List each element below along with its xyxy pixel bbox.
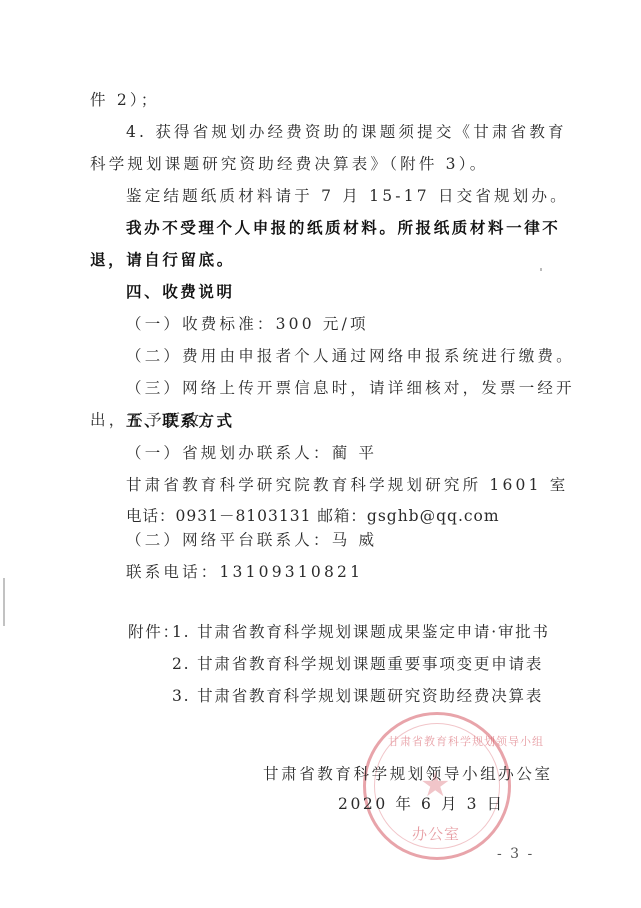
attachment-item-2: 2. 甘肃省教育科学规划课题重要事项变更申请表 xyxy=(172,654,543,674)
contact2-label: （二）网络平台联系人：马 威 xyxy=(126,530,377,550)
section5-heading: 五、联系方式 xyxy=(126,411,235,431)
fee-item-1: （一）收费标准：300 元/项 xyxy=(126,314,369,334)
scan-speck xyxy=(540,268,542,271)
contact2-phone: 联系电话：13109310821 xyxy=(126,562,363,582)
item4-line1: 4. 获得省规划办经费资助的课题须提交《甘肃省教育 xyxy=(126,122,567,142)
bold-notice-line1: 我办不受理个人申报的纸质材料。所报纸质材料一律不 xyxy=(126,218,560,238)
contact1-label: （一）省规划办联系人：蔺 平 xyxy=(126,443,377,463)
signature-organization: 甘肃省教育科学规划领导小组办公室 xyxy=(263,764,553,784)
continuation-line: 件 2）； xyxy=(90,90,160,110)
contact1-phone-email: 电话：0931－8103131 邮箱：gsghb@qq.com xyxy=(126,506,500,526)
official-seal: ★ 甘肃省教育科学规划领导小组 办公室 xyxy=(363,712,511,860)
bold-notice-line2: 退，请自行留底。 xyxy=(90,250,235,270)
section4-heading: 四、收费说明 xyxy=(126,282,235,302)
signature-date: 2020 年 6 月 3 日 xyxy=(338,794,505,814)
attachment-item-1: 1. 甘肃省教育科学规划课题成果鉴定申请·审批书 xyxy=(172,622,550,642)
submission-note: 鉴定结题纸质材料请于 7 月 15-17 日交省规划办。 xyxy=(126,186,569,206)
attachment-item-3: 3. 甘肃省教育科学规划课题研究资助经费决算表 xyxy=(172,686,543,706)
contact1-address: 甘肃省教育科学研究院教育科学规划研究所 1601 室 xyxy=(126,475,569,495)
item4-line2: 科学规划课题研究资助经费决算表》（附件 3）。 xyxy=(90,154,488,174)
page-number: - 3 - xyxy=(497,846,534,862)
seal-top-text: 甘肃省教育科学规划领导小组 xyxy=(388,733,544,749)
seal-bottom-text: 办公室 xyxy=(412,823,460,844)
scan-edge-mark xyxy=(3,578,5,626)
fee-item-3-line1: （三）网络上传开票信息时，请详细核对，发票一经开 xyxy=(126,378,575,398)
fee-item-2: （二）费用由申报者个人通过网络申报系统进行缴费。 xyxy=(126,346,575,366)
